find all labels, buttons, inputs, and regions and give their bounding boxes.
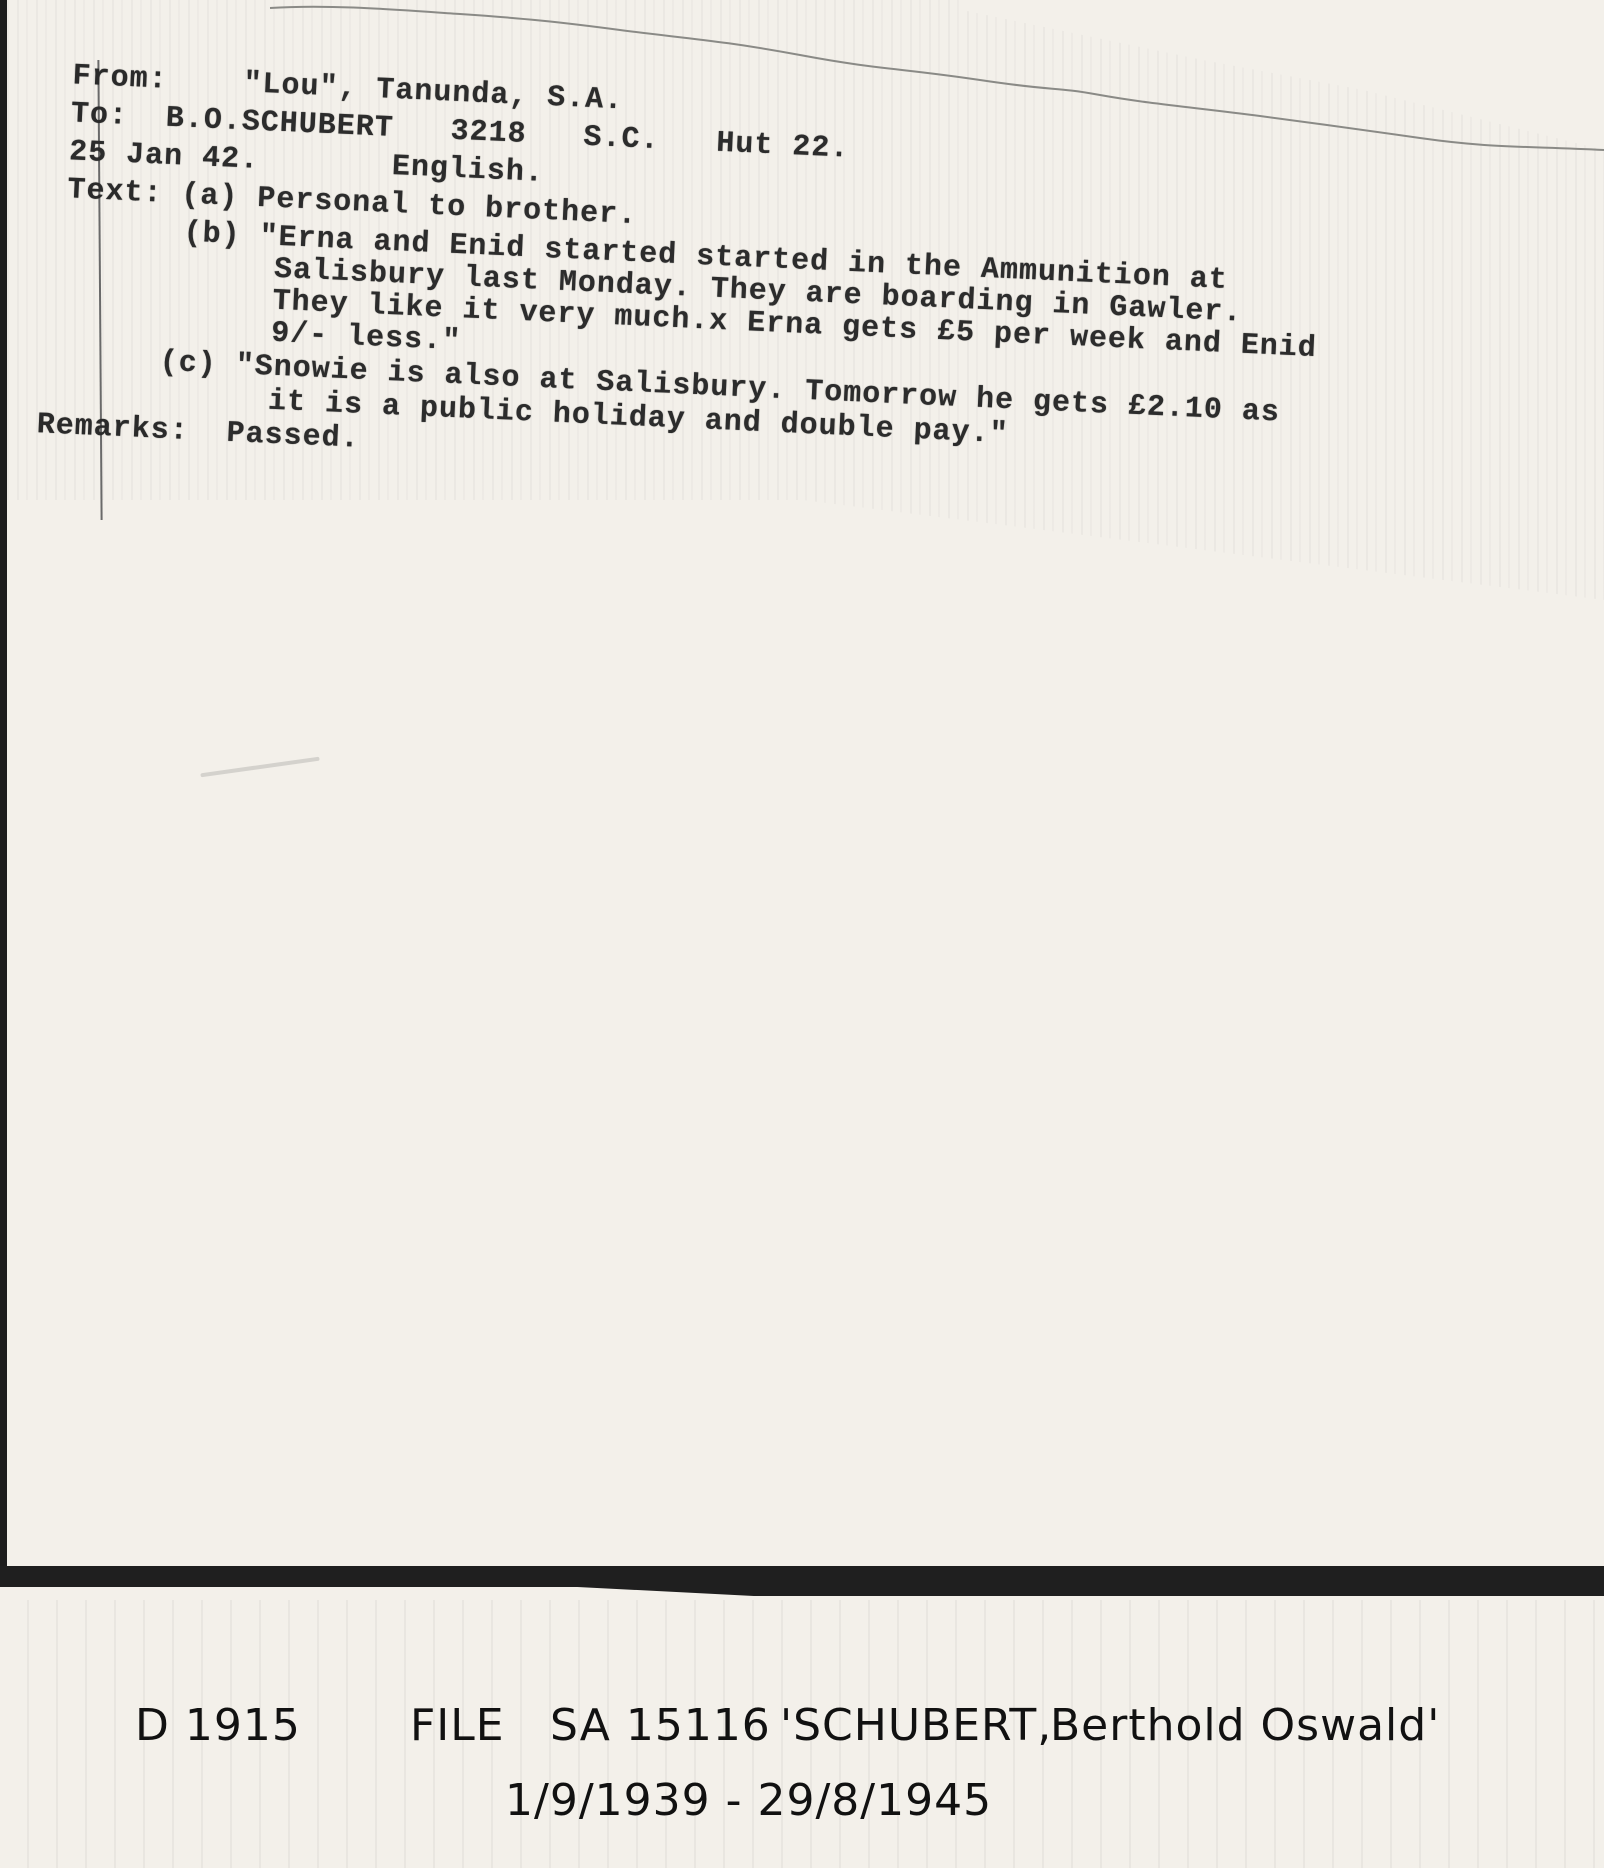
- footer-date-range: 1/9/1939 - 29/8/1945: [505, 1775, 992, 1826]
- footer-subject-surname: 'SCHUBERT,: [780, 1700, 1052, 1751]
- item-c-line-2: it is a public holiday and double pay.": [267, 385, 1009, 453]
- remarks-label: Remarks:: [36, 408, 189, 449]
- pencil-smudge: [200, 757, 319, 778]
- footer-subject-given: Berthold Oswald': [1050, 1700, 1440, 1751]
- footer-file-label: FILE: [410, 1700, 505, 1751]
- footer-reference: D 1915: [135, 1700, 301, 1751]
- black-border-bar: [0, 1566, 1604, 1596]
- remarks-line: Remarks: Passed.: [0, 371, 362, 491]
- remarks-value: Passed.: [226, 417, 360, 457]
- footer-file-number: SA 15116: [550, 1700, 771, 1751]
